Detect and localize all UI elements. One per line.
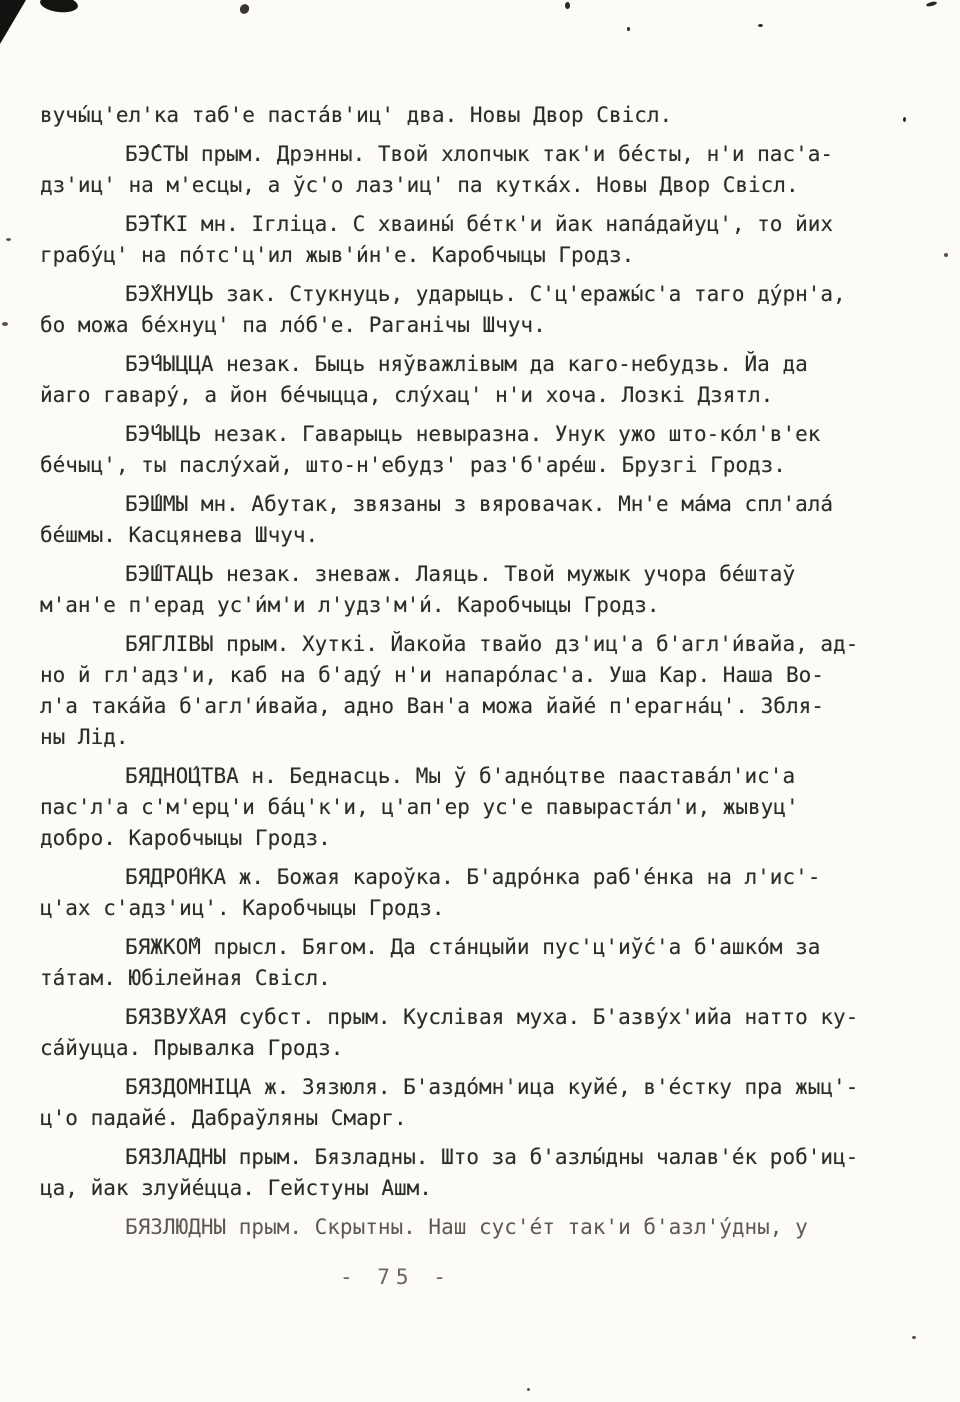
- scan-corner-mark: [0, 0, 26, 44]
- text-line: добро. Каробчыцы Гродз.: [40, 823, 940, 854]
- text-line: БЭ́СТЫ прым. Дрэнны. Твой хлопчык так'и …: [40, 139, 940, 170]
- text-line: м'ан'е п'ерад ус'и́м'и л'удз'м'и́. Кароб…: [40, 590, 940, 621]
- text-line: БЭ́ЧЫЦЬ незак. Гаварыць невыразна. Унук …: [40, 419, 940, 450]
- scan-speck: [944, 253, 948, 257]
- scanned-dictionary-page: вучы́ц'ел'ка таб'е паста́в'иц' два. Новы…: [0, 0, 960, 1402]
- text-line: йаго гавару́, а йон бе́чыцца, слу́хац' н…: [40, 380, 940, 411]
- scan-speck: [758, 24, 763, 27]
- text-line: БЯДНО́ЦТВА н. Беднасць. Мы ў б'адно́цтве…: [40, 761, 940, 792]
- scan-speck: [238, 2, 251, 15]
- entry-besty: БЭ́СТЫ прым. Дрэнны. Твой хлопчык так'и …: [40, 139, 940, 201]
- text-line: БЭ́ШТАЦЬ незак. зневаж. Лаяць. Твой мужы…: [40, 559, 940, 590]
- text-line: БЭ́ХНУЦЬ зак. Стукнуць, ударыць. С'ц'ера…: [40, 279, 940, 310]
- scan-speck: [6, 238, 11, 241]
- entry-byazvukhaya: БЯЗВУ́ХАЯ субст. прым. Куслівая муха. Б'…: [40, 1002, 940, 1064]
- entry-byahlivy: БЯГЛІВЫ прым. Хуткі. Йакойа твайо дз'иц'…: [40, 629, 940, 753]
- scan-ink-blob: [39, 0, 79, 14]
- text-line: БЯДРО́НКА ж. Божая кароўка. Б'адро́нка р…: [40, 862, 940, 893]
- text-line: дз'иц' на м'есцы, а ўс'о лаз'иц' па кутк…: [40, 170, 940, 201]
- text-line: БЯЗЛАДНЫ прым. Бязладны. Што за б'азлы́д…: [40, 1142, 940, 1173]
- entry-byadronka: БЯДРО́НКА ж. Божая кароўка. Б'адро́нка р…: [40, 862, 940, 924]
- text-line: БЭ́ТКІ мн. Ігліца. С хваины́ бе́тк'и йак…: [40, 209, 940, 240]
- text-line: БЯЗДОМНІЦА ж. Зязюля. Б'аздо́мн'ица куйе…: [40, 1072, 940, 1103]
- entry-bechyts: БЭ́ЧЫЦЬ незак. Гаварыць невыразна. Унук …: [40, 419, 940, 481]
- text-line: пас'л'а с'м'ерц'и ба́ц'к'и, ц'ап'ер ус'е…: [40, 792, 940, 823]
- scan-speck: [565, 2, 570, 9]
- entry-bechytstsa: БЭ́ЧЫЦЦА незак. Быць няўважлівым да каго…: [40, 349, 940, 411]
- text-line: бе́чыц', ты паслу́хай, што-н'ебудз' раз'…: [40, 450, 940, 481]
- text-line: но й гл'адз'и, каб на б'аду́ н'и напаро́…: [40, 660, 940, 691]
- entry-byazdomnitsa: БЯЗДОМНІЦА ж. Зязюля. Б'аздо́мн'ица куйе…: [40, 1072, 940, 1134]
- page-text: вучы́ц'ел'ка таб'е паста́в'иц' два. Новы…: [40, 100, 940, 1251]
- text-line: бо можа бе́хнуц' па ло́б'е. Раганічы Шчу…: [40, 310, 940, 341]
- text-line: та́там. Юбілейная Свісл.: [40, 963, 940, 994]
- entry-byazhkom: БЯЖКО́М прысл. Бягом. Да ста́нцыйи пус'ц…: [40, 932, 940, 994]
- scan-speck: [926, 1, 938, 8]
- scan-speck: [2, 322, 8, 326]
- entry-byazlyudny: БЯЗЛЮДНЫ прым. Скрытны. Наш сус'е́т так'…: [40, 1212, 940, 1243]
- scan-speck: [912, 1336, 916, 1339]
- text-line: грабу́ц' на по́тс'ц'ил жыв'и́н'е. Каробч…: [40, 240, 940, 271]
- text-line: бе́шмы. Касцянева Шчуч.: [40, 520, 940, 551]
- text-line: ца, йак злуйе́цца. Гейстуны Ашм.: [40, 1173, 940, 1204]
- text-line: БЯЖКО́М прысл. Бягом. Да ста́нцыйи пус'ц…: [40, 932, 940, 963]
- entry-betki: БЭ́ТКІ мн. Ігліца. С хваины́ бе́тк'и йак…: [40, 209, 940, 271]
- text-line: БЯЗЛЮДНЫ прым. Скрытны. Наш сус'е́т так'…: [40, 1212, 940, 1243]
- page-number: - 75 -: [340, 1265, 452, 1289]
- text-line: ц'ах с'адз'иц'. Каробчыцы Гродз.: [40, 893, 940, 924]
- text-line: БЯГЛІВЫ прым. Хуткі. Йакойа твайо дз'иц'…: [40, 629, 940, 660]
- entry-byazladny: БЯЗЛАДНЫ прым. Бязладны. Што за б'азлы́д…: [40, 1142, 940, 1204]
- entry-beshmy: БЭ́ШМЫ мн. Абутак, звязаны з вяровачак. …: [40, 489, 940, 551]
- text-line: л'а така́йа б'агл'и́вайа, адно Ван'а мож…: [40, 691, 940, 722]
- entry-bekhnuts: БЭ́ХНУЦЬ зак. Стукнуць, ударыць. С'ц'ера…: [40, 279, 940, 341]
- text-line: вучы́ц'ел'ка таб'е паста́в'иц' два. Новы…: [40, 100, 940, 131]
- entry-beshtats: БЭ́ШТАЦЬ незак. зневаж. Лаяць. Твой мужы…: [40, 559, 940, 621]
- text-line: БЯЗВУ́ХАЯ субст. прым. Куслівая муха. Б'…: [40, 1002, 940, 1033]
- text-line: БЭ́ЧЫЦЦА незак. Быць няўважлівым да каго…: [40, 349, 940, 380]
- scan-speck: [527, 1388, 530, 1391]
- text-line: ц'о падайе́. Дабраўляны Смарг.: [40, 1103, 940, 1134]
- scan-speck: [627, 27, 630, 31]
- text-line: са́йуцца. Прывалка Гродз.: [40, 1033, 940, 1064]
- text-line: ны Лід.: [40, 722, 940, 753]
- entry-byadnotstva: БЯДНО́ЦТВА н. Беднасць. Мы ў б'адно́цтве…: [40, 761, 940, 854]
- text-line: БЭ́ШМЫ мн. Абутак, звязаны з вяровачак. …: [40, 489, 940, 520]
- paragraph-continuation: вучы́ц'ел'ка таб'е паста́в'иц' два. Новы…: [40, 100, 940, 131]
